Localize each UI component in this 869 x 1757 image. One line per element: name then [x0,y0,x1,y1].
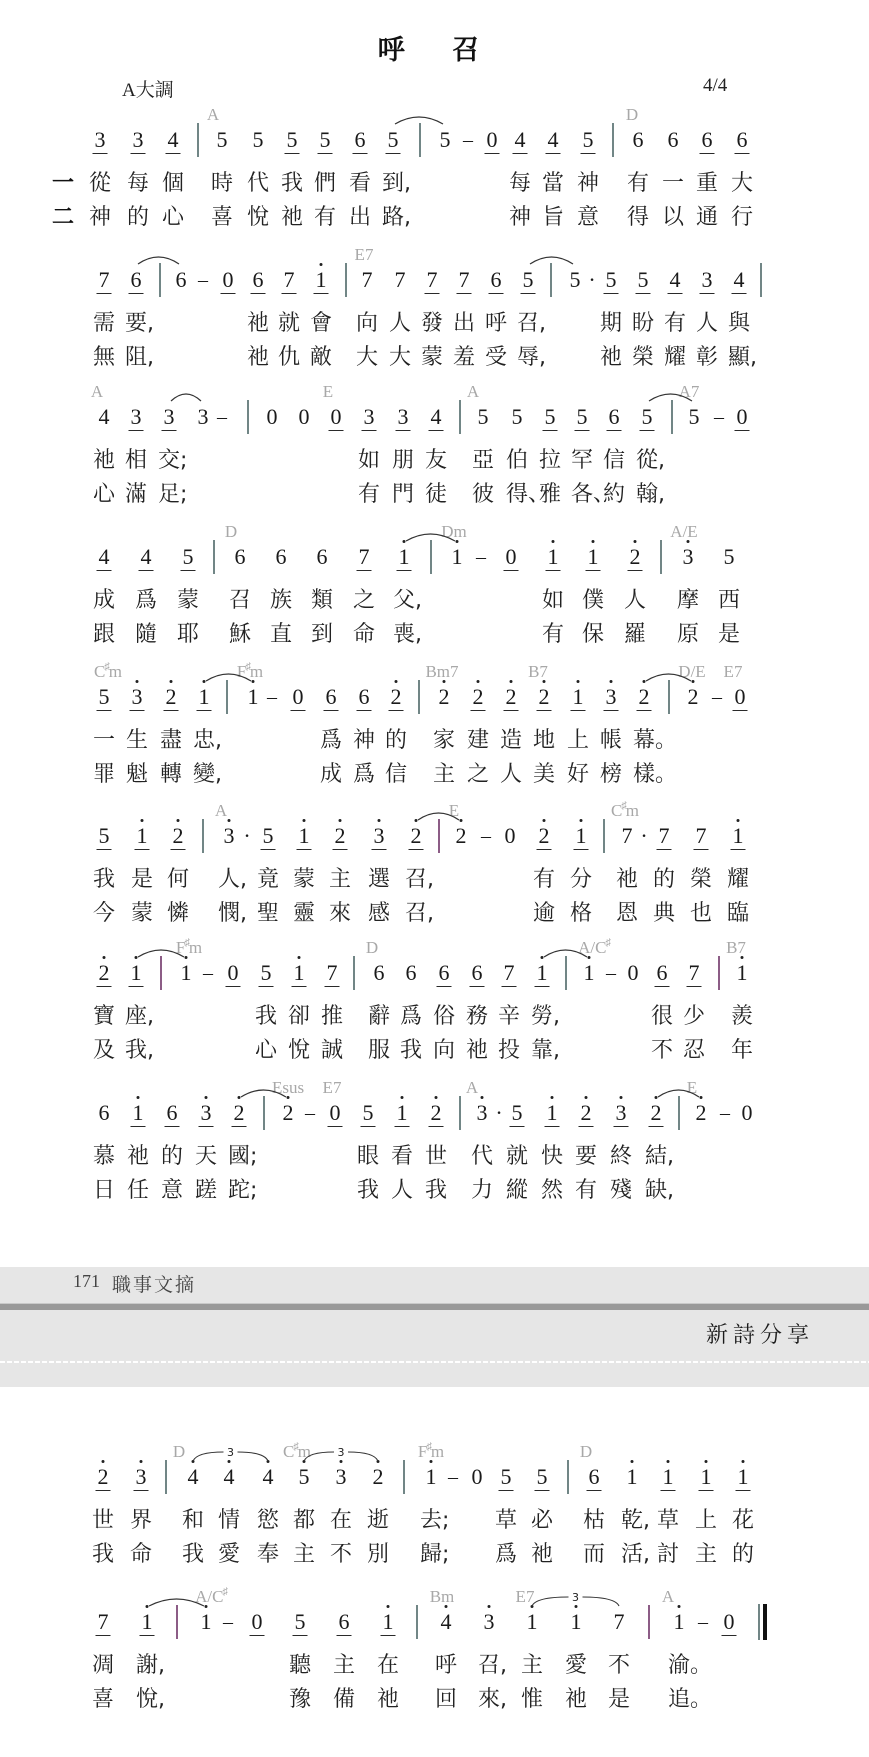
lyric-char: 上 [695,1508,717,1534]
lyric-char: 逾 [533,901,555,927]
lyric-char: 無 [93,345,115,371]
lyric-char: 罪 [93,762,115,788]
lyric-char: 我, [125,1038,154,1064]
lyric-char: 是 [131,867,153,893]
lyric-char: 辭 [368,1004,390,1030]
lyric-char: 爲 [353,762,375,788]
lyric-char: 及 [93,1038,115,1064]
lyric-char: 心 [255,1038,277,1064]
lyric-char: 雅 [539,482,561,508]
lyric-char: 仇 [278,345,300,371]
slur-layer [0,240,869,280]
lyric-char: 追。 [668,1687,712,1713]
lyric-char: 盡 [160,728,182,754]
lyric-char: 路, [382,205,411,231]
lyric-char: 得 [627,205,649,231]
lyric-char: 我 [357,1178,379,1204]
lyric-char: 信 [385,762,407,788]
lyric-char: 榜 [600,762,622,788]
lyric-char: 要, [125,311,154,337]
slur-layer [0,100,869,140]
lyric-char: 缺, [645,1178,674,1204]
lyric-char: 我 [92,1542,114,1568]
lyric-char: 期 [600,311,622,337]
lyric-char: 信 [603,448,625,474]
page-number: 171 [73,1271,100,1292]
lyric-char: 感 [368,901,390,927]
tie-arc [395,117,443,124]
lyric-char: 不 [330,1542,352,1568]
lyric-char: 眼 [357,1144,379,1170]
lyric-char: 靠, [531,1038,560,1064]
key-signature: A大調 [122,75,174,102]
lyric-char: 年 [731,1038,753,1064]
lyric-char: 神 [577,171,599,197]
lyric-char: 拉 [539,448,561,474]
lyric-char: 惟 [521,1687,543,1713]
lyric-char: 主 [329,867,351,893]
lyric-char: 命 [353,622,375,648]
lyric-char: 彰 [696,345,718,371]
lyric-char: 世 [425,1144,447,1170]
lyric-char: 羞 [453,345,475,371]
lyric-char: 榮 [632,345,654,371]
lyric-char: 喜 [92,1687,114,1713]
verse-number: 一 [52,171,74,197]
lyric-char: 從 [89,171,111,197]
lyric-char: 隨 [135,622,157,648]
tie-arc [418,813,459,820]
lyric-char: 憫, [218,901,247,927]
lyric-char: 成 [320,762,342,788]
lyric-char: 是 [608,1687,630,1713]
lyric-char: 忠, [193,728,222,754]
lyric-char: 人, [218,867,247,893]
lyric-char: 一 [93,728,115,754]
lyric-char: 慾 [257,1508,279,1534]
tie-arc [544,950,587,957]
lyric-char: 轉 [160,762,182,788]
lyric-char: 重 [696,171,718,197]
lyric-char: 主 [333,1653,355,1679]
lyric-char: 聖 [257,901,279,927]
lyric-char: 上 [567,728,589,754]
lyric-char: 辱, [517,345,546,371]
tie-arc [241,1090,286,1097]
lyric-char: 約 [603,482,625,508]
lyric-char: 很 [651,1004,673,1030]
lyric-char: 主 [433,762,455,788]
lyric-char: 成 [93,588,115,614]
lyric-char: 羅 [624,622,646,648]
lyric-char: 敵 [310,345,332,371]
slur-layer: 33 [0,1437,869,1477]
lyric-char: 與 [728,311,750,337]
lyric-char: 意 [577,205,599,231]
lyric-char: 歸; [420,1542,449,1568]
lyric-char: 的 [732,1542,754,1568]
lyric-char: 悅 [247,205,269,231]
lyric-char: 典 [653,901,675,927]
lyric-char: 務 [466,1004,488,1030]
lyric-char: 草 [657,1508,679,1534]
lyric-char: 僕 [582,588,604,614]
lyric-char: 發 [421,311,443,337]
lyric-char: 需 [93,311,115,337]
lyric-char: 朋 [392,448,414,474]
lyric-char: 人 [389,311,411,337]
lyric-char: 辛 [498,1004,520,1030]
lyric-char: 今 [93,901,115,927]
slur-layer: 3 [0,1582,869,1622]
lyric-char: 神 [509,205,531,231]
lyric-char: 祂 [247,345,269,371]
lyric-char: 恩 [616,901,638,927]
lyric-char: 主 [695,1542,717,1568]
publication-name: 職事文摘 [112,1270,196,1297]
lyric-char: 幕。 [633,728,677,754]
lyric-char: 渝。 [668,1653,712,1679]
lyric-char: 的 [385,728,407,754]
lyric-char: 愛 [218,1542,240,1568]
lyric-char: 投 [498,1038,520,1064]
lyric-char: 花 [732,1508,754,1534]
triplet-number: 3 [338,1446,345,1459]
lyric-char: 代 [247,171,269,197]
lyric-char: 如 [358,448,380,474]
lyric-char: 在 [377,1653,399,1679]
lyric-char: 好 [567,762,589,788]
lyric-char: 人 [624,588,646,614]
time-signature: 4/4 [703,75,727,97]
lyric-char: 原 [677,622,699,648]
lyric-char: 世 [92,1508,114,1534]
lyric-char: 相 [125,448,147,474]
lyric-char: 榮 [690,867,712,893]
lyric-char: 誠 [321,1038,343,1064]
lyric-char: 顯, [728,345,757,371]
lyric-char: 祂 [600,345,622,371]
lyric-char: 祂 [531,1542,553,1568]
slur-layer [0,1073,869,1113]
divider-rule [0,1304,869,1310]
lyric-char: 羨 [731,1004,753,1030]
lyric-char: 蒙 [131,901,153,927]
lyric-char: 任 [127,1178,149,1204]
lyric-char: 終 [610,1144,632,1170]
lyric-char: 爲 [495,1542,517,1568]
lyric-char: 俗 [433,1004,455,1030]
lyric-char: 祂 [466,1038,488,1064]
lyric-char: 的 [653,867,675,893]
lyric-char: 美 [533,762,555,788]
lyric-char: 的 [127,205,149,231]
lyric-char: 有 [664,311,686,337]
lyric-char: 大 [731,171,753,197]
lyric-char: 憐 [167,901,189,927]
lyric-char: 蒙 [177,588,199,614]
lyric-char: 祂 [565,1687,587,1713]
lyric-char: 祂 [377,1687,399,1713]
lyric-char: 阻, [125,345,154,371]
lyric-char: 和 [182,1508,204,1534]
lyric-char: 直 [270,622,292,648]
lyric-char: 是 [718,622,740,648]
lyric-char: 時 [211,171,233,197]
lyric-char: 我 [182,1542,204,1568]
lyric-char: 穌 [229,622,251,648]
lyric-char: 祂 [247,311,269,337]
lyric-char: 有 [533,867,555,893]
lyric-char: 我 [93,867,115,893]
lyric-char: 召 [229,588,251,614]
tie-arc [206,674,251,681]
lyric-char: 也 [690,901,712,927]
lyric-char: 生 [126,728,148,754]
lyric-char: 罕 [571,448,593,474]
lyric-char: 凋 [92,1653,114,1679]
lyric-char: 一 [662,171,684,197]
lyric-char: 召, [405,867,434,893]
lyric-char: 我 [425,1178,447,1204]
lyric-char: 快 [541,1144,563,1170]
lyric-char: 彼 [472,482,494,508]
lyric-char: 祂 [93,448,115,474]
lyric-char: 召, [517,311,546,337]
lyric-char: 祂 [616,867,638,893]
lyric-char: 殘 [610,1178,632,1204]
lyric-char: 爲 [320,728,342,754]
lyric-char: 慕 [93,1144,115,1170]
lyric-char: 來 [329,901,351,927]
lyric-char: 家 [433,728,455,754]
lyric-char: 滿 [125,482,147,508]
lyric-char: 卻 [288,1004,310,1030]
lyric-char: 不 [608,1653,630,1679]
lyric-char: 人 [696,311,718,337]
lyric-char: 神 [89,205,111,231]
lyric-char: 耀 [664,345,686,371]
lyric-char: 縱 [506,1178,528,1204]
lyric-char: 之 [353,588,375,614]
lyric-char: 不 [651,1038,673,1064]
lyric-char: 盼 [632,311,654,337]
lyric-char: 格 [570,901,592,927]
lyric-char: 摩 [677,588,699,614]
lyric-char: 主 [293,1542,315,1568]
lyric-char: 謝, [136,1653,165,1679]
lyric-char: 伯 [506,448,528,474]
lyric-char: 耶 [177,622,199,648]
lyric-char: 國; [228,1144,257,1170]
lyric-char: 我 [281,171,303,197]
lyric-char: 會 [310,311,332,337]
lyric-char: 以 [662,205,684,231]
lyric-char: 祂 [281,205,303,231]
lyric-char: 族 [270,588,292,614]
lyric-char: 出 [453,311,475,337]
section-heading: 新詩分享 [706,1318,814,1349]
tie-arc [658,1090,699,1097]
lyric-char: 父, [393,588,422,614]
lyric-char: 分 [570,867,592,893]
lyric-char: 喪, [393,622,422,648]
lyric-char: 勞, [531,1004,560,1030]
lyric-char: 悅 [288,1038,310,1064]
lyric-char: 到, [382,171,411,197]
lyric-char: 跟 [93,622,115,648]
lyric-char: 之 [467,762,489,788]
lyric-char: 力 [471,1178,493,1204]
triplet-number: 3 [227,1446,234,1459]
lyric-char: 看 [349,171,371,197]
lyric-char: 在 [330,1508,352,1534]
lyric-char: 必 [531,1508,553,1534]
lyric-char: 看 [391,1144,413,1170]
lyric-char: 活, [621,1542,650,1568]
lyric-char: 乾, [621,1508,650,1534]
lyric-char: 愛 [565,1653,587,1679]
lyric-char: 天 [195,1144,217,1170]
dotted-divider [0,1361,869,1363]
lyric-char: 人 [391,1178,413,1204]
lyric-char: 通 [696,205,718,231]
triplet-number: 3 [572,1591,579,1604]
lyric-char: 受 [485,345,507,371]
lyric-char: 代 [471,1144,493,1170]
lyric-char: 當 [542,171,564,197]
lyric-char: 就 [506,1144,528,1170]
lyric-char: 帳 [600,728,622,754]
lyric-char: 從, [636,448,665,474]
lyric-char: 類 [311,588,333,614]
lyric-char: 爲 [400,1004,422,1030]
lyric-char: 備 [333,1687,355,1713]
verse-number: 二 [52,205,74,231]
lyric-char: 門 [392,482,414,508]
lyric-char: 竟 [257,867,279,893]
lyric-char: 召, [478,1653,507,1679]
lyric-char: 悅, [136,1687,165,1713]
lyric-char: 然 [541,1178,563,1204]
lyric-char: 別 [367,1542,389,1568]
lyric-char: 到 [311,622,333,648]
lyric-char: 交; [158,448,187,474]
lyric-char: 向 [356,311,378,337]
lyric-char: 樣。 [633,762,677,788]
lyric-char: 向 [433,1038,455,1064]
lyric-char: 何 [167,867,189,893]
lyric-char: 日 [93,1178,115,1204]
lyric-char: 忍 [683,1038,705,1064]
lyric-char: 情 [218,1508,240,1534]
lyric-char: 選 [368,867,390,893]
lyric-char: 有 [314,205,336,231]
lyric-char: 去; [420,1508,449,1534]
lyric-char: 喜 [211,205,233,231]
lyric-char: 有 [575,1178,597,1204]
lyric-char: 行 [731,205,753,231]
lyric-char: 每 [127,171,149,197]
lyric-char: 回 [435,1687,457,1713]
lyric-char: 討 [657,1542,679,1568]
lyric-char: 耀 [727,867,749,893]
lyric-char: 逝 [367,1508,389,1534]
lyric-char: 神 [353,728,375,754]
lyric-char: 們 [314,171,336,197]
lyric-char: 豫 [289,1687,311,1713]
lyric-char: 結, [645,1144,674,1170]
lyric-char: 蹉 [195,1178,217,1204]
tie-arc [171,394,201,401]
slur-layer [0,796,869,836]
lyric-char: 靈 [293,901,315,927]
slur-layer [0,657,869,697]
lyric-char: 造 [500,728,522,754]
slur-layer [0,377,869,417]
lyric-char: 召, [405,901,434,927]
lyric-char: 心 [162,205,184,231]
lyric-char: 界 [130,1508,152,1534]
lyric-char: 友 [425,448,447,474]
lyric-char: 大 [389,345,411,371]
lyric-char: 呼 [435,1653,457,1679]
lyric-char: 建 [467,728,489,754]
lyric-char: 就 [278,311,300,337]
lyric-char: 服 [368,1038,390,1064]
lyric-char: 奉 [257,1542,279,1568]
tie-arc [649,394,692,401]
lyric-char: 的 [161,1144,183,1170]
lyric-char: 意 [161,1178,183,1204]
lyric-char: 要 [575,1144,597,1170]
lyric-char: 地 [533,728,555,754]
lyric-char: 有 [627,171,649,197]
lyric-char: 草 [495,1508,517,1534]
lyric-char: 翰, [636,482,665,508]
lyric-char: 心 [93,482,115,508]
lyric-char: 變, [193,762,222,788]
lyric-char: 魁 [126,762,148,788]
tie-arc [149,1599,204,1606]
lyric-char: 我 [255,1004,277,1030]
lyric-char: 祂 [127,1144,149,1170]
lyric-char: 聽 [289,1653,311,1679]
lyric-char: 有 [542,622,564,648]
lyric-char: 如 [542,588,564,614]
lyric-char: 保 [582,622,604,648]
lyric-char: 呼 [485,311,507,337]
lyric-char: 寶 [93,1004,115,1030]
lyric-char: 推 [321,1004,343,1030]
lyric-char: 出 [349,205,371,231]
lyric-char: 我 [400,1038,422,1064]
tie-arc [138,950,184,957]
lyric-char: 個 [162,171,184,197]
lyric-char: 徒 [425,482,447,508]
lyric-char: 有 [358,482,380,508]
lyric-char: 足; [158,482,187,508]
tie-arc [406,534,455,541]
lyric-char: 都 [293,1508,315,1534]
lyric-char: 少 [683,1004,705,1030]
lyric-char: 蒙 [293,867,315,893]
lyric-char: 主 [521,1653,543,1679]
lyric-char: 爲 [135,588,157,614]
tie-arc [646,674,691,681]
slur-layer [0,517,869,557]
lyric-char: 每 [509,171,531,197]
